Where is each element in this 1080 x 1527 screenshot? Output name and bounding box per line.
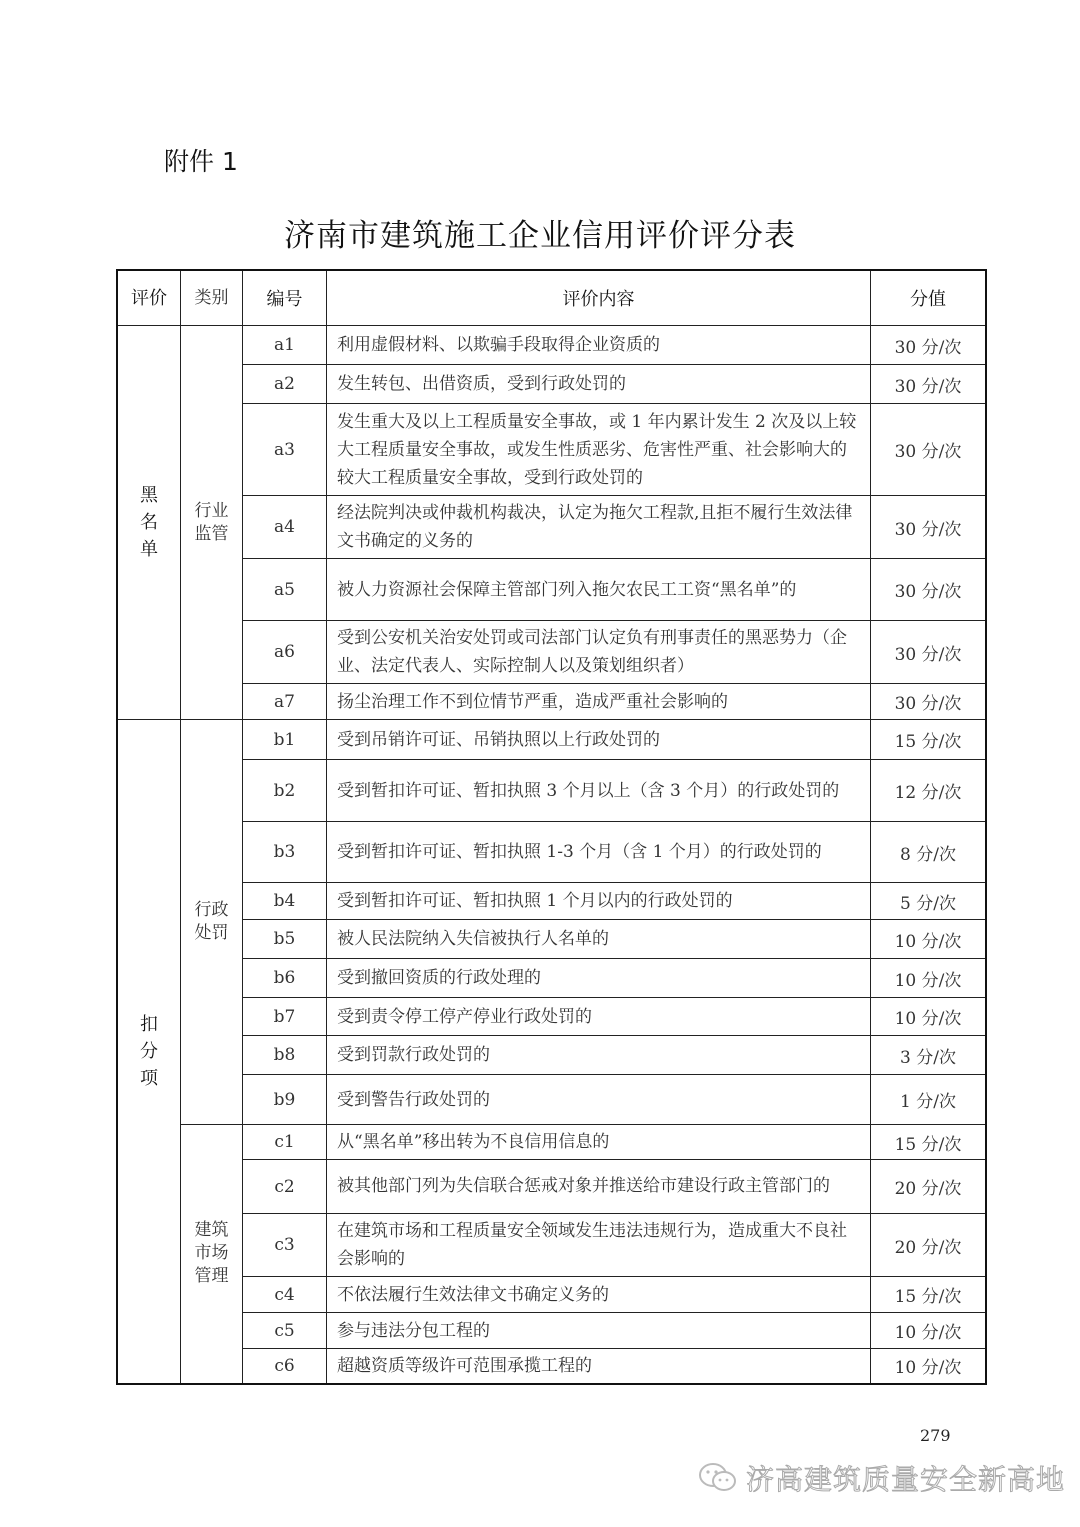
code-cell: a6 (243, 621, 327, 684)
score-cell: 30 分/次 (871, 559, 987, 621)
code-cell: a7 (243, 684, 327, 720)
category-cell-construction-market-management: 建筑 市场 管理 (181, 1125, 243, 1384)
code-cell: c6 (243, 1349, 327, 1384)
content-cell: 被人民法院纳入失信被执行人名单的 (327, 920, 871, 959)
table-row: b8 受到罚款行政处罚的 3 分/次 (117, 1036, 986, 1075)
score-cell: 20 分/次 (871, 1214, 987, 1277)
table-row: a3 发生重大及以上工程质量安全事故，或 1 年内累计发生 2 次及以上较大工程… (117, 404, 986, 496)
score-cell: 30 分/次 (871, 365, 987, 404)
score-cell: 30 分/次 (871, 621, 987, 684)
content-cell: 受到公安机关治安处罚或司法部门认定负有刑事责任的黑恶势力（企业、法定代表人、实际… (327, 621, 871, 684)
score-cell: 30 分/次 (871, 684, 987, 720)
header-category: 类别 (181, 270, 243, 326)
table-row: b6 受到撤回资质的行政处理的 10 分/次 (117, 959, 986, 998)
score-cell: 1 分/次 (871, 1075, 987, 1125)
score-cell: 15 分/次 (871, 1125, 987, 1160)
table-row: c5 参与违法分包工程的 10 分/次 (117, 1313, 986, 1349)
evaluation-cell-blacklist: 黑 名 单 (117, 326, 181, 720)
code-cell: a5 (243, 559, 327, 621)
header-evaluation: 评价 (117, 270, 181, 326)
code-cell: b3 (243, 822, 327, 883)
content-cell: 经法院判决或仲裁机构裁决，认定为拖欠工程款,且拒不履行生效法律文书确定的义务的 (327, 496, 871, 559)
content-cell: 受到撤回资质的行政处理的 (327, 959, 871, 998)
code-cell: b5 (243, 920, 327, 959)
score-cell: 15 分/次 (871, 720, 987, 760)
credit-score-table: 评价 类别 编号 评价内容 分值 黑 名 单 行业 监管 a1 利用虚假材料、以… (116, 269, 987, 1385)
watermark-text: 济高建筑质量安全新高地 (746, 1458, 1065, 1498)
code-cell: a2 (243, 365, 327, 404)
table-header-row: 评价 类别 编号 评价内容 分值 (117, 270, 986, 326)
code-cell: a1 (243, 326, 327, 365)
header-content: 评价内容 (327, 270, 871, 326)
code-cell: c5 (243, 1313, 327, 1349)
table-row: a2 发生转包、出借资质，受到行政处罚的 30 分/次 (117, 365, 986, 404)
code-cell: c4 (243, 1277, 327, 1313)
content-cell: 参与违法分包工程的 (327, 1313, 871, 1349)
content-cell: 利用虚假材料、以欺骗手段取得企业资质的 (327, 326, 871, 365)
code-cell: c3 (243, 1214, 327, 1277)
content-cell: 扬尘治理工作不到位情节严重，造成严重社会影响的 (327, 684, 871, 720)
evaluation-cell-deduction: 扣 分 项 (117, 720, 181, 1384)
table-row: b7 受到责令停工停产停业行政处罚的 10 分/次 (117, 998, 986, 1036)
page-number: 279 (920, 1426, 951, 1445)
content-cell: 受到责令停工停产停业行政处罚的 (327, 998, 871, 1036)
table-row: 黑 名 单 行业 监管 a1 利用虚假材料、以欺骗手段取得企业资质的 30 分/… (117, 326, 986, 365)
code-cell: b4 (243, 883, 327, 920)
code-cell: a4 (243, 496, 327, 559)
table-row: c4 不依法履行生效法律文书确定义务的 15 分/次 (117, 1277, 986, 1313)
page-title: 济南市建筑施工企业信用评价评分表 (0, 210, 1080, 255)
content-cell: 不依法履行生效法律文书确定义务的 (327, 1277, 871, 1313)
table-row: b9 受到警告行政处罚的 1 分/次 (117, 1075, 986, 1125)
code-cell: b2 (243, 760, 327, 822)
content-cell: 受到罚款行政处罚的 (327, 1036, 871, 1075)
table-row: c2 被其他部门列为失信联合惩戒对象并推送给市建设行政主管部门的 20 分/次 (117, 1160, 986, 1214)
score-cell: 8 分/次 (871, 822, 987, 883)
content-cell: 受到警告行政处罚的 (327, 1075, 871, 1125)
content-cell: 受到暂扣许可证、暂扣执照 3 个月以上（含 3 个月）的行政处罚的 (327, 760, 871, 822)
content-cell: 在建筑市场和工程质量安全领域发生违法违规行为，造成重大不良社会影响的 (327, 1214, 871, 1277)
content-cell: 从“黑名单”移出转为不良信用信息的 (327, 1125, 871, 1160)
score-cell: 20 分/次 (871, 1160, 987, 1214)
code-cell: c2 (243, 1160, 327, 1214)
table-row: 扣 分 项 行政 处罚 b1 受到吊销许可证、吊销执照以上行政处罚的 15 分/… (117, 720, 986, 760)
score-cell: 12 分/次 (871, 760, 987, 822)
attachment-label: 附件 1 (164, 142, 238, 178)
header-score: 分值 (871, 270, 987, 326)
table-row: b2 受到暂扣许可证、暂扣执照 3 个月以上（含 3 个月）的行政处罚的 12 … (117, 760, 986, 822)
table-row: b4 受到暂扣许可证、暂扣执照 1 个月以内的行政处罚的 5 分/次 (117, 883, 986, 920)
score-cell: 30 分/次 (871, 404, 987, 496)
watermark: 济高建筑质量安全新高地 (698, 1458, 1065, 1498)
score-cell: 10 分/次 (871, 920, 987, 959)
content-cell: 发生转包、出借资质，受到行政处罚的 (327, 365, 871, 404)
table-row: 建筑 市场 管理 c1 从“黑名单”移出转为不良信用信息的 15 分/次 (117, 1125, 986, 1160)
category-cell-administrative-penalty: 行政 处罚 (181, 720, 243, 1125)
table-row: a6 受到公安机关治安处罚或司法部门认定负有刑事责任的黑恶势力（企业、法定代表人… (117, 621, 986, 684)
content-cell: 受到暂扣许可证、暂扣执照 1-3 个月（含 1 个月）的行政处罚的 (327, 822, 871, 883)
code-cell: b8 (243, 1036, 327, 1075)
category-cell-industry-supervision: 行业 监管 (181, 326, 243, 720)
code-cell: b1 (243, 720, 327, 760)
table-row: c6 超越资质等级许可范围承揽工程的 10 分/次 (117, 1349, 986, 1384)
score-cell: 15 分/次 (871, 1277, 987, 1313)
code-cell: b6 (243, 959, 327, 998)
code-cell: b7 (243, 998, 327, 1036)
score-cell: 30 分/次 (871, 326, 987, 365)
score-cell: 3 分/次 (871, 1036, 987, 1075)
header-code: 编号 (243, 270, 327, 326)
score-cell: 10 分/次 (871, 959, 987, 998)
score-cell: 10 分/次 (871, 998, 987, 1036)
score-cell: 10 分/次 (871, 1349, 987, 1384)
content-cell: 被其他部门列为失信联合惩戒对象并推送给市建设行政主管部门的 (327, 1160, 871, 1214)
table-row: b3 受到暂扣许可证、暂扣执照 1-3 个月（含 1 个月）的行政处罚的 8 分… (117, 822, 986, 883)
score-cell: 5 分/次 (871, 883, 987, 920)
score-cell: 10 分/次 (871, 1313, 987, 1349)
table-row: a4 经法院判决或仲裁机构裁决，认定为拖欠工程款,且拒不履行生效法律文书确定的义… (117, 496, 986, 559)
code-cell: a3 (243, 404, 327, 496)
content-cell: 受到吊销许可证、吊销执照以上行政处罚的 (327, 720, 871, 760)
content-cell: 发生重大及以上工程质量安全事故，或 1 年内累计发生 2 次及以上较大工程质量安… (327, 404, 871, 496)
content-cell: 被人力资源社会保障主管部门列入拖欠农民工工资“黑名单”的 (327, 559, 871, 621)
content-cell: 受到暂扣许可证、暂扣执照 1 个月以内的行政处罚的 (327, 883, 871, 920)
table-row: b5 被人民法院纳入失信被执行人名单的 10 分/次 (117, 920, 986, 959)
table-row: c3 在建筑市场和工程质量安全领域发生违法违规行为，造成重大不良社会影响的 20… (117, 1214, 986, 1277)
wechat-icon (698, 1461, 738, 1495)
table-row: a7 扬尘治理工作不到位情节严重，造成严重社会影响的 30 分/次 (117, 684, 986, 720)
content-cell: 超越资质等级许可范围承揽工程的 (327, 1349, 871, 1384)
code-cell: b9 (243, 1075, 327, 1125)
table-row: a5 被人力资源社会保障主管部门列入拖欠农民工工资“黑名单”的 30 分/次 (117, 559, 986, 621)
score-cell: 30 分/次 (871, 496, 987, 559)
code-cell: c1 (243, 1125, 327, 1160)
